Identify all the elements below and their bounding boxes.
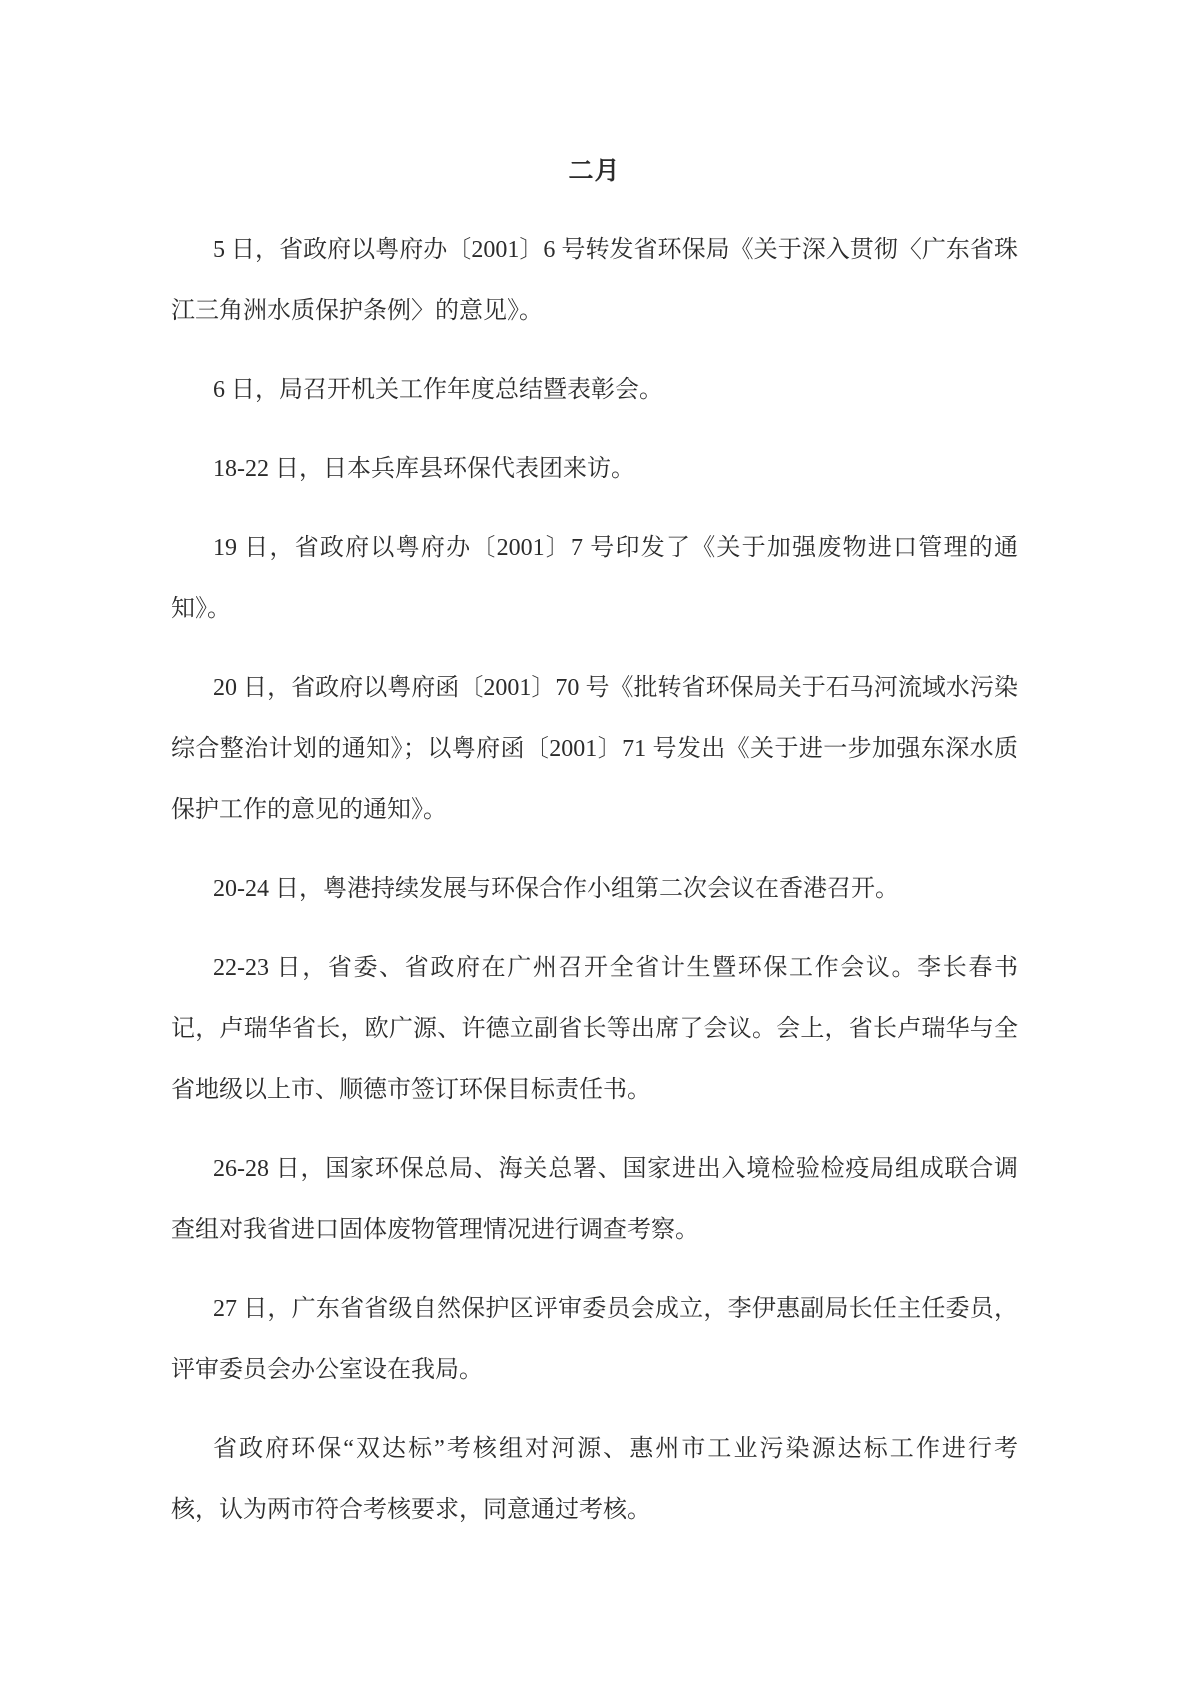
paragraph: 20 日，省政府以粤府函〔2001〕70 号《批转省环保局关于石马河流域水污染综… xyxy=(171,658,1018,841)
text-line: 6 日，局召开机关工作年度总结暨表彰会。 xyxy=(171,360,1018,421)
paragraph: 22-23 日，省委、省政府在广州召开全省计生暨环保工作会议。李长春书记，卢瑞华… xyxy=(171,938,1018,1121)
text-line: 查组对我省进口固体废物管理情况进行调查考察。 xyxy=(171,1200,1018,1261)
text-line: 保护工作的意见的通知》。 xyxy=(171,780,1018,841)
paragraph: 6 日，局召开机关工作年度总结暨表彰会。 xyxy=(171,360,1018,421)
text-line: 核，认为两市符合考核要求，同意通过考核。 xyxy=(171,1480,1018,1541)
text-line: 5 日，省政府以粤府办〔2001〕6 号转发省环保局《关于深入贯彻〈广东省珠 xyxy=(171,220,1018,281)
text-line: 20 日，省政府以粤府函〔2001〕70 号《批转省环保局关于石马河流域水污染 xyxy=(171,658,1018,719)
text-line: 27 日，广东省省级自然保护区评审委员会成立，李伊惠副局长任主任委员， xyxy=(171,1279,1018,1340)
document-body: 5 日，省政府以粤府办〔2001〕6 号转发省环保局《关于深入贯彻〈广东省珠江三… xyxy=(171,220,1018,1541)
text-line: 省政府环保“双达标”考核组对河源、惠州市工业污染源达标工作进行考 xyxy=(171,1419,1018,1480)
text-line: 18-22 日，日本兵库县环保代表团来访。 xyxy=(171,439,1018,500)
text-line: 26-28 日，国家环保总局、海关总署、国家进出入境检验检疫局组成联合调 xyxy=(171,1139,1018,1200)
paragraph: 20-24 日，粤港持续发展与环保合作小组第二次会议在香港召开。 xyxy=(171,859,1018,920)
paragraph: 省政府环保“双达标”考核组对河源、惠州市工业污染源达标工作进行考核，认为两市符合… xyxy=(171,1419,1018,1541)
text-line: 知》。 xyxy=(171,579,1018,640)
text-line: 综合整治计划的通知》；以粤府函〔2001〕71 号发出《关于进一步加强东深水质 xyxy=(171,719,1018,780)
paragraph: 26-28 日，国家环保总局、海关总署、国家进出入境检验检疫局组成联合调查组对我… xyxy=(171,1139,1018,1261)
document-page: 二月 5 日，省政府以粤府办〔2001〕6 号转发省环保局《关于深入贯彻〈广东省… xyxy=(0,0,1191,1684)
text-line: 22-23 日，省委、省政府在广州召开全省计生暨环保工作会议。李长春书 xyxy=(171,938,1018,999)
paragraph: 19 日，省政府以粤府办〔2001〕7 号印发了《关于加强废物进口管理的通知》。 xyxy=(171,518,1018,640)
text-line: 19 日，省政府以粤府办〔2001〕7 号印发了《关于加强废物进口管理的通 xyxy=(171,518,1018,579)
text-line: 江三角洲水质保护条例〉的意见》。 xyxy=(171,281,1018,342)
text-line: 20-24 日，粤港持续发展与环保合作小组第二次会议在香港召开。 xyxy=(171,859,1018,920)
paragraph: 5 日，省政府以粤府办〔2001〕6 号转发省环保局《关于深入贯彻〈广东省珠江三… xyxy=(171,220,1018,342)
text-line: 评审委员会办公室设在我局。 xyxy=(171,1340,1018,1401)
text-line: 记，卢瑞华省长，欧广源、许德立副省长等出席了会议。会上，省长卢瑞华与全 xyxy=(171,999,1018,1060)
document-content: 二月 5 日，省政府以粤府办〔2001〕6 号转发省环保局《关于深入贯彻〈广东省… xyxy=(0,0,1191,1541)
paragraph: 18-22 日，日本兵库县环保代表团来访。 xyxy=(171,439,1018,500)
page-title: 二月 xyxy=(171,141,1018,202)
paragraph: 27 日，广东省省级自然保护区评审委员会成立，李伊惠副局长任主任委员，评审委员会… xyxy=(171,1279,1018,1401)
text-line: 省地级以上市、顺德市签订环保目标责任书。 xyxy=(171,1060,1018,1121)
